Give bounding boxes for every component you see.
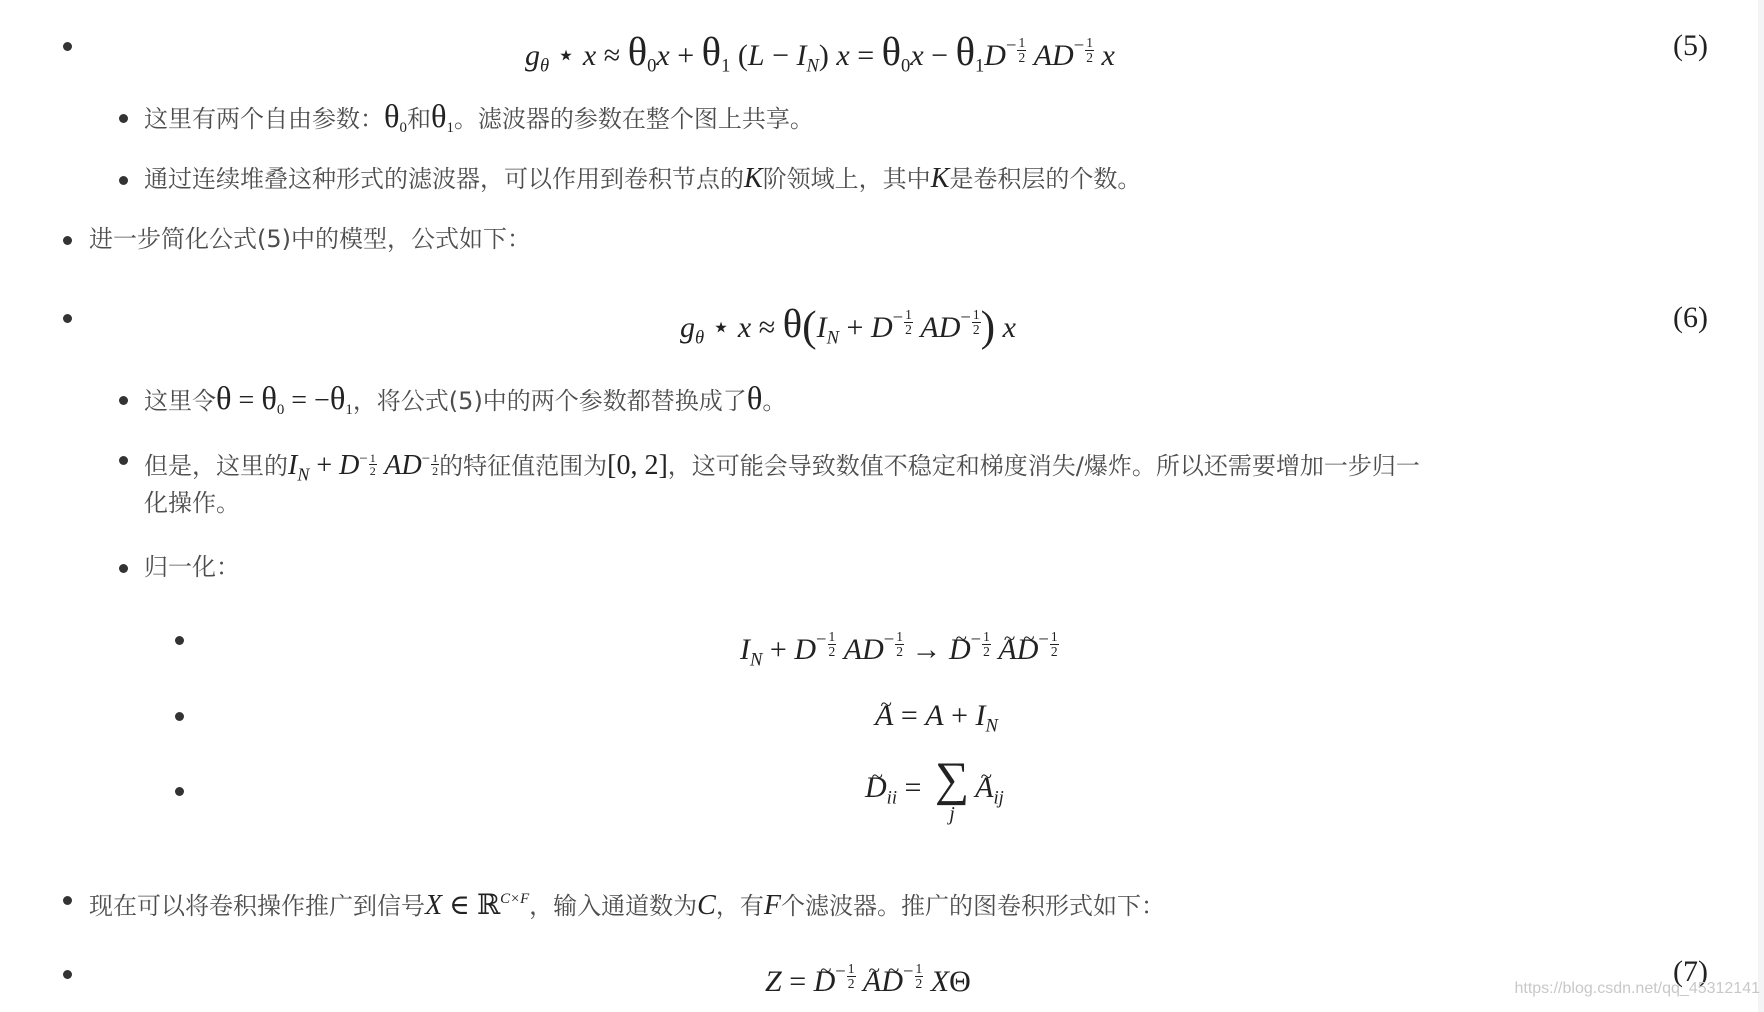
paragraph-free-params: 这里有两个自由参数：θ0和θ1。滤波器的参数在整个图上共享。: [144, 100, 814, 145]
paragraph-normalize: 归一化：: [144, 550, 240, 584]
bullet: [119, 456, 128, 465]
bullet: [63, 314, 72, 323]
equation-a-tilde: A = A + IN: [875, 696, 998, 747]
equation-7: Z = D−12 AD−12 XΘ: [765, 952, 971, 1002]
list-item-simplify: 进一步简化公式(5)中的模型，公式如下：: [0, 220, 1758, 260]
paragraph-however-line2: 化操作。: [144, 486, 240, 520]
list-item-eq6: gθ ⋆ x ≈ θ(IN + D−12 AD−12) x (6): [0, 292, 1758, 344]
equation-normalization-map: IN + D−12 AD−12 → D−12 AD−12: [740, 620, 1059, 680]
bullet: [175, 787, 184, 796]
list-item-free-params: 这里有两个自由参数：θ0和θ1。滤波器的参数在整个图上共享。: [0, 98, 1758, 138]
list-item-generalize: 现在可以将卷积操作推广到信号X ∈ ℝC×F，输入通道数为C，有F个滤波器。推广…: [0, 880, 1758, 920]
bullet: [63, 970, 72, 979]
bullet: [119, 396, 128, 405]
list-item-however: 但是，这里的IN + D−12 AD−12的特征值范围为[0, 2]，这可能会导…: [0, 440, 1758, 522]
bullet: [63, 896, 72, 905]
equation-number: (5): [1673, 26, 1708, 66]
equation-6: gθ ⋆ x ≈ θ(IN + D−12 AD−12) x: [680, 298, 1016, 358]
list-item-eq7: Z = D−12 AD−12 XΘ (7): [0, 950, 1758, 996]
bullet: [175, 712, 184, 721]
bullet: [119, 564, 128, 573]
bullet: [175, 636, 184, 645]
scrollbar-track[interactable]: [1758, 0, 1764, 1012]
paragraph-generalize: 现在可以将卷积操作推广到信号X ∈ ℝC×F，输入通道数为C，有F个滤波器。推广…: [89, 882, 1165, 923]
list-item-norm-eq-b: A = A + IN: [0, 692, 1758, 736]
bullet: [119, 176, 128, 185]
equation-5: gθ ⋆ x ≈ θ0x + θ1 (L − IN) x = θ0x − θ1D…: [525, 26, 1115, 86]
list-item-norm-eq-a: IN + D−12 AD−12 → D−12 AD−12: [0, 616, 1758, 660]
paragraph-let-theta: 这里令θ = θ0 = −θ1，将公式(5)中的两个参数都替换成了θ。: [144, 382, 786, 427]
bullet: [63, 236, 72, 245]
paragraph-stacking: 通过连续堆叠这种形式的滤波器，可以作用到卷积节点的K阶领域上，其中K是卷积层的个…: [144, 162, 1141, 196]
list-item-stacking: 通过连续堆叠这种形式的滤波器，可以作用到卷积节点的K阶领域上，其中K是卷积层的个…: [0, 160, 1758, 200]
paragraph-however: 但是，这里的IN + D−12 AD−12的特征值范围为[0, 2]，这可能会导…: [144, 442, 1420, 491]
equation-d-tilde: Dii = ∑jAij: [865, 756, 1004, 824]
list-item-let-theta: 这里令θ = θ0 = −θ1，将公式(5)中的两个参数都替换成了θ。: [0, 380, 1758, 420]
list-item-normalize: 归一化：: [0, 548, 1758, 588]
list-item-eq5: gθ ⋆ x ≈ θ0x + θ1 (L − IN) x = θ0x − θ1D…: [0, 22, 1758, 70]
bullet: [63, 42, 72, 51]
watermark: https://blog.csdn.net/qq_45312141: [1514, 980, 1760, 998]
paragraph-simplify: 进一步简化公式(5)中的模型，公式如下：: [89, 222, 531, 256]
equation-number: (6): [1673, 298, 1708, 338]
list-item-norm-eq-c: Dii = ∑jAij: [0, 756, 1758, 846]
bullet: [119, 114, 128, 123]
